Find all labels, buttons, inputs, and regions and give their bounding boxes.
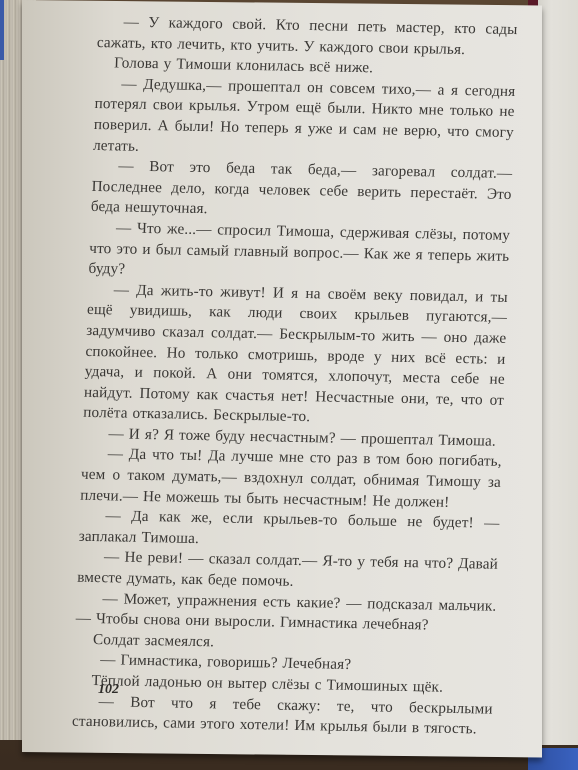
paragraph: — Что же...— спросил Тимоша, сдерживая с…: [88, 218, 510, 288]
paragraph: — Да что ты! Да лучше мне сто раз в том …: [80, 444, 502, 514]
paragraph: — Вот что я тебе скажу: те, что бескрылы…: [72, 691, 493, 740]
page-text-block: — У каждого свой. Кто песни петь мастер,…: [72, 12, 518, 740]
photo-scene: — У каждого свой. Кто песни петь мастер,…: [0, 0, 578, 770]
paragraph: — Да жить-то живут! И я на своём веку по…: [83, 280, 508, 432]
page-number: 102: [98, 682, 119, 698]
paragraph: — Вот это беда так беда,— загоревал солд…: [90, 156, 512, 226]
paragraph: — Дедушка,— прошептал он совсем тихо,— а…: [93, 74, 516, 164]
